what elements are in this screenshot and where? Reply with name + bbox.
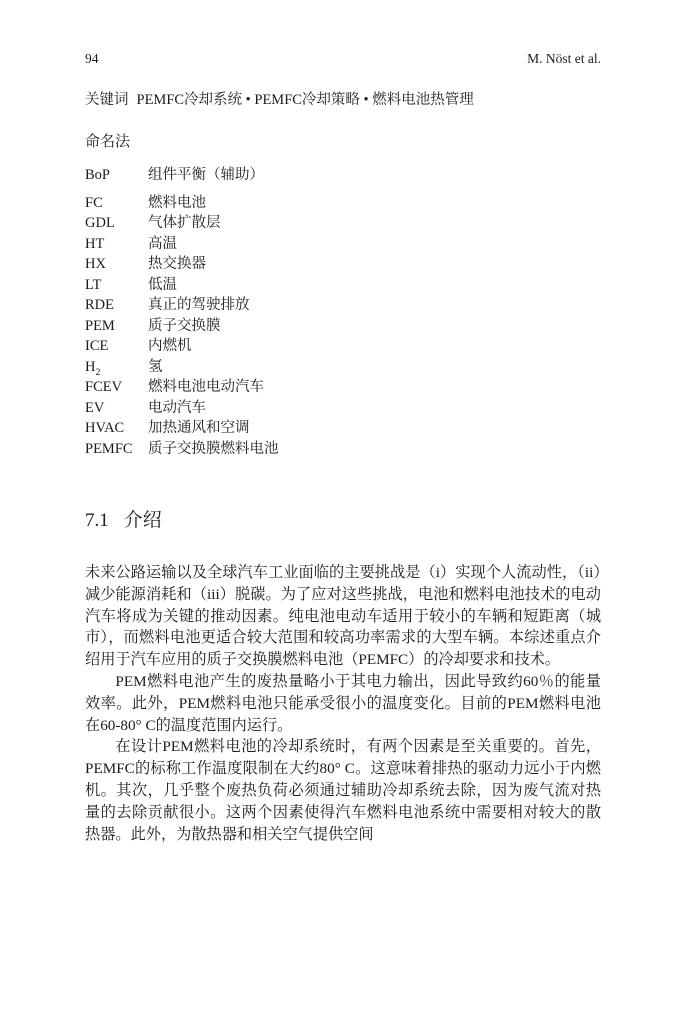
body-paragraph: 在设计PEM燃料电池的冷却系统时，有两个因素是至关重要的。首先，PEMFC的标称…	[85, 736, 601, 845]
nomenclature-row: PEMFC 质子交换膜燃料电池	[85, 439, 601, 460]
nomenclature-term: PEMFC	[85, 439, 148, 460]
nomenclature-term: H2	[85, 357, 148, 378]
keywords-text: PEMFC冷却系统 • PEMFC冷却策略 • 燃料电池热管理	[137, 92, 474, 108]
page-number: 94	[85, 50, 99, 67]
nomenclature-definition: 热交换器	[148, 254, 601, 275]
nomenclature-row: LT 低温	[85, 275, 601, 296]
page-content: 94 M. Nöst et al. 关键词PEMFC冷却系统 • PEMFC冷却…	[85, 0, 601, 845]
nomenclature-definition: 质子交换膜燃料电池	[148, 439, 601, 460]
nomenclature-row: RDE 真正的驾驶排放	[85, 295, 601, 316]
nomenclature-definition: 氢	[148, 357, 601, 378]
nomenclature-definition: 气体扩散层	[148, 213, 601, 234]
keywords-label: 关键词	[85, 92, 129, 108]
nomenclature-definition: 内燃机	[148, 336, 601, 357]
body-paragraph: 未来公路运输以及全球汽车工业面临的主要挑战是（i）实现个人流动性，（ii）减少能…	[85, 562, 601, 671]
body-paragraph: PEM燃料电池产生的废热量略小于其电力输出，因此导致约60％的能量效率。此外，P…	[85, 671, 601, 736]
nomenclature-row: FC 燃料电池	[85, 193, 601, 214]
keywords-line: 关键词PEMFC冷却系统 • PEMFC冷却策略 • 燃料电池热管理	[85, 91, 601, 110]
nomenclature-term: HX	[85, 254, 148, 275]
body-text: 未来公路运输以及全球汽车工业面临的主要挑战是（i）实现个人流动性，（ii）减少能…	[85, 562, 601, 845]
nomenclature-term: LT	[85, 275, 148, 296]
nomenclature-term: RDE	[85, 295, 148, 316]
nomenclature-list: BoP 组件平衡（辅助） FC 燃料电池 GDL 气体扩散层 HT 高温 HX …	[85, 165, 601, 459]
section-title: 介绍	[124, 510, 162, 531]
document-page: 94 M. Nöst et al. 关键词PEMFC冷却系统 • PEMFC冷却…	[0, 0, 683, 1036]
nomenclature-definition: 低温	[148, 275, 601, 296]
nomenclature-term: HVAC	[85, 418, 148, 439]
nomenclature-definition: 高温	[148, 234, 601, 255]
nomenclature-definition: 电动汽车	[148, 398, 601, 419]
nomenclature-row: HX 热交换器	[85, 254, 601, 275]
nomenclature-row: H2 氢	[85, 357, 601, 378]
nomenclature-definition: 质子交换膜	[148, 316, 601, 337]
nomenclature-term: ICE	[85, 336, 148, 357]
nomenclature-definition: 燃料电池	[148, 193, 601, 214]
nomenclature-term: FCEV	[85, 377, 148, 398]
nomenclature-definition: 组件平衡（辅助）	[148, 165, 601, 186]
nomenclature-row: PEM 质子交换膜	[85, 316, 601, 337]
nomenclature-row: GDL 气体扩散层	[85, 213, 601, 234]
nomenclature-definition: 真正的驾驶排放	[148, 295, 601, 316]
nomenclature-term: PEM	[85, 316, 148, 337]
page-header: 94 M. Nöst et al.	[85, 50, 601, 67]
nomenclature-row: HVAC 加热通风和空调	[85, 418, 601, 439]
nomenclature-row: HT 高温	[85, 234, 601, 255]
header-authors: M. Nöst et al.	[527, 50, 601, 67]
nomenclature-row: EV 电动汽车	[85, 398, 601, 419]
nomenclature-term: HT	[85, 234, 148, 255]
nomenclature-row: ICE 内燃机	[85, 336, 601, 357]
nomenclature-definition: 燃料电池电动汽车	[148, 377, 601, 398]
section-number: 7.1	[85, 510, 109, 531]
nomenclature-term: BoP	[85, 165, 148, 186]
nomenclature-row: FCEV 燃料电池电动汽车	[85, 377, 601, 398]
nomenclature-term: GDL	[85, 213, 148, 234]
nomenclature-term: EV	[85, 398, 148, 419]
nomenclature-row: BoP 组件平衡（辅助）	[85, 165, 601, 186]
nomenclature-title: 命名法	[85, 132, 601, 152]
nomenclature-definition: 加热通风和空调	[148, 418, 601, 439]
section-heading: 7.1介绍	[85, 509, 601, 533]
nomenclature-term: FC	[85, 193, 148, 214]
